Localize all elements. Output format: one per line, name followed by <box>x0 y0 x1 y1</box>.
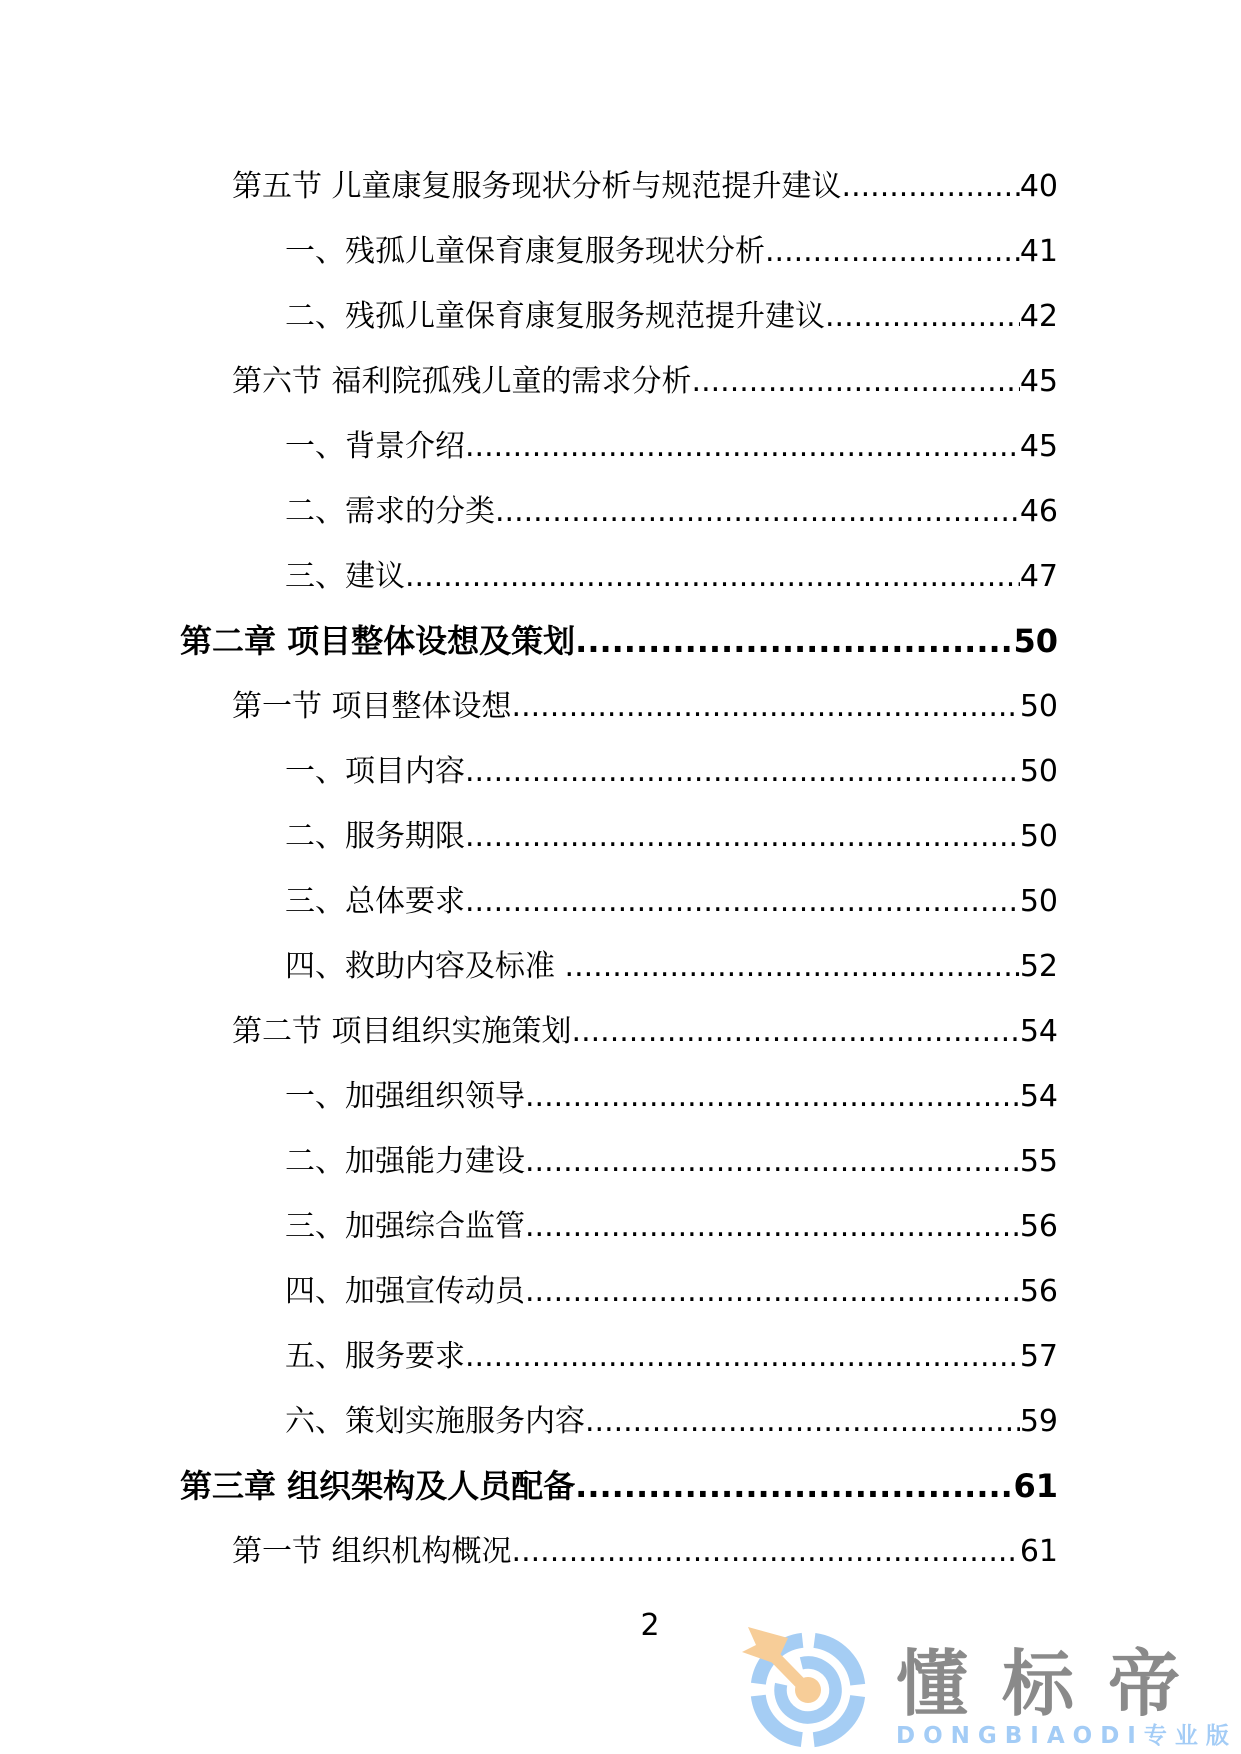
toc-entry-page-number: 61 <box>1013 1454 1058 1519</box>
toc-entry-page-number: 41 <box>1020 219 1058 284</box>
toc-entry-page-number: 56 <box>1020 1259 1058 1324</box>
toc-dot-leader <box>465 739 1020 804</box>
toc-entry-label: 二、服务期限 <box>285 804 465 869</box>
toc-entry-page-number: 54 <box>1020 1064 1058 1129</box>
toc-entry-page-number: 61 <box>1020 1519 1058 1584</box>
toc-entry[interactable]: 第三章 组织架构及人员配备 61 <box>180 1454 1058 1519</box>
toc-entry-label: 一、背景介绍 <box>285 414 465 479</box>
watermark-text: 懂标帝 DONGBIAODI专业版 <box>896 1626 1237 1748</box>
toc-entry[interactable]: 一、加强组织领导 54 <box>180 1064 1058 1129</box>
toc-entry-page-number: 46 <box>1020 479 1058 544</box>
bullseye-dart-icon <box>742 1626 874 1754</box>
toc-entry[interactable]: 第一节 项目整体设想 50 <box>180 674 1058 739</box>
toc-dot-leader <box>572 999 1020 1064</box>
toc-entry-label: 二、残孤儿童保育康复服务规范提升建议 <box>285 284 825 349</box>
toc-entry[interactable]: 四、加强宣传动员 56 <box>180 1259 1058 1324</box>
toc-dot-leader <box>565 934 1020 999</box>
toc-entry-page-number: 47 <box>1020 544 1058 609</box>
toc-dot-leader <box>465 804 1020 869</box>
toc-entry[interactable]: 一、残孤儿童保育康复服务现状分析 41 <box>180 219 1058 284</box>
toc-entry-page-number: 54 <box>1020 999 1058 1064</box>
toc-dot-leader <box>585 1389 1020 1454</box>
toc-entry-label: 四、救助内容及标准 <box>285 934 565 999</box>
toc-dot-leader <box>525 1259 1020 1324</box>
toc-entry-label: 四、加强宣传动员 <box>285 1259 525 1324</box>
watermark-brand-subtitle: DONGBIAODI专业版 <box>896 1725 1237 1748</box>
toc-entry-label: 第一节 组织机构概况 <box>232 1519 512 1584</box>
toc-entry[interactable]: 三、建议 47 <box>180 544 1058 609</box>
toc-entry-label: 第六节 福利院孤残儿童的需求分析 <box>232 349 692 414</box>
watermark-brand-name: 懂标帝 <box>896 1648 1237 1720</box>
toc-entry-label: 第二节 项目组织实施策划 <box>232 999 572 1064</box>
toc-entry-label: 六、策划实施服务内容 <box>285 1389 585 1454</box>
toc-entry[interactable]: 二、加强能力建设 55 <box>180 1129 1058 1194</box>
toc-entry-page-number: 40 <box>1020 154 1058 219</box>
toc-entry-label: 第二章 项目整体设想及策划 <box>180 609 575 674</box>
toc-entry-label: 五、服务要求 <box>285 1324 465 1389</box>
toc-entry-page-number: 45 <box>1020 414 1058 479</box>
toc-dot-leader <box>575 1454 1013 1519</box>
toc-entry-page-number: 59 <box>1020 1389 1058 1454</box>
toc-entry-label: 第一节 项目整体设想 <box>232 674 512 739</box>
toc-entry[interactable]: 四、救助内容及标准 52 <box>180 934 1058 999</box>
toc-entry-page-number: 45 <box>1020 349 1058 414</box>
toc-entry-page-number: 42 <box>1020 284 1058 349</box>
toc-entry[interactable]: 第一节 组织机构概况 61 <box>180 1519 1058 1584</box>
toc-entry-page-number: 50 <box>1020 739 1058 804</box>
toc-entry[interactable]: 第二节 项目组织实施策划 54 <box>180 999 1058 1064</box>
toc-entry-label: 二、需求的分类 <box>285 479 495 544</box>
toc-entry[interactable]: 二、需求的分类 46 <box>180 479 1058 544</box>
toc-dot-leader <box>575 609 1013 674</box>
toc-entry[interactable]: 六、策划实施服务内容 59 <box>180 1389 1058 1454</box>
toc-dot-leader <box>842 154 1020 219</box>
toc-entry[interactable]: 一、项目内容 50 <box>180 739 1058 804</box>
toc-entry-page-number: 55 <box>1020 1129 1058 1194</box>
toc-entry-label: 三、建议 <box>285 544 405 609</box>
toc-entry-page-number: 52 <box>1020 934 1058 999</box>
toc-entry[interactable]: 三、加强综合监管 56 <box>180 1194 1058 1259</box>
toc-dot-leader <box>512 674 1020 739</box>
toc-entry[interactable]: 二、服务期限 50 <box>180 804 1058 869</box>
page-footer-number: 2 <box>620 1608 680 1644</box>
toc-entry-page-number: 50 <box>1020 674 1058 739</box>
toc-entry-label: 二、加强能力建设 <box>285 1129 525 1194</box>
toc-dot-leader <box>465 869 1020 934</box>
toc-dot-leader <box>525 1194 1020 1259</box>
toc-entry-label: 三、加强综合监管 <box>285 1194 525 1259</box>
toc-entry-page-number: 50 <box>1020 869 1058 934</box>
toc-dot-leader <box>495 479 1020 544</box>
toc-entry-label: 第三章 组织架构及人员配备 <box>180 1454 575 1519</box>
toc-entry-page-number: 50 <box>1013 609 1058 674</box>
toc-entry[interactable]: 第六节 福利院孤残儿童的需求分析 45 <box>180 349 1058 414</box>
toc-entry[interactable]: 二、残孤儿童保育康复服务规范提升建议 42 <box>180 284 1058 349</box>
toc-dot-leader <box>405 544 1020 609</box>
toc-dot-leader <box>465 414 1020 479</box>
toc-entry-page-number: 56 <box>1020 1194 1058 1259</box>
toc-entry-label: 一、残孤儿童保育康复服务现状分析 <box>285 219 765 284</box>
toc-entry-label: 三、总体要求 <box>285 869 465 934</box>
toc-entry[interactable]: 五、服务要求 57 <box>180 1324 1058 1389</box>
watermark-logo: 懂标帝 DONGBIAODI专业版 <box>742 1626 1237 1754</box>
toc-dot-leader <box>512 1519 1020 1584</box>
toc-dot-leader <box>825 284 1020 349</box>
toc-entry-label: 一、项目内容 <box>285 739 465 804</box>
toc-entry-label: 第五节 儿童康复服务现状分析与规范提升建议 <box>232 154 842 219</box>
toc-entry-page-number: 57 <box>1020 1324 1058 1389</box>
toc-entry-label: 一、加强组织领导 <box>285 1064 525 1129</box>
toc-dot-leader <box>765 219 1020 284</box>
toc-dot-leader <box>465 1324 1020 1389</box>
toc-entry[interactable]: 第五节 儿童康复服务现状分析与规范提升建议 40 <box>180 154 1058 219</box>
toc-entry-page-number: 50 <box>1020 804 1058 869</box>
table-of-contents: 第五节 儿童康复服务现状分析与规范提升建议 40 一、残孤儿童保育康复服务现状分… <box>180 154 1058 1584</box>
toc-dot-leader <box>525 1129 1020 1194</box>
toc-dot-leader <box>525 1064 1020 1129</box>
toc-entry[interactable]: 三、总体要求 50 <box>180 869 1058 934</box>
toc-entry[interactable]: 第二章 项目整体设想及策划 50 <box>180 609 1058 674</box>
toc-entry[interactable]: 一、背景介绍 45 <box>180 414 1058 479</box>
toc-dot-leader <box>692 349 1020 414</box>
document-page: 第五节 儿童康复服务现状分析与规范提升建议 40 一、残孤儿童保育康复服务现状分… <box>0 0 1241 1754</box>
